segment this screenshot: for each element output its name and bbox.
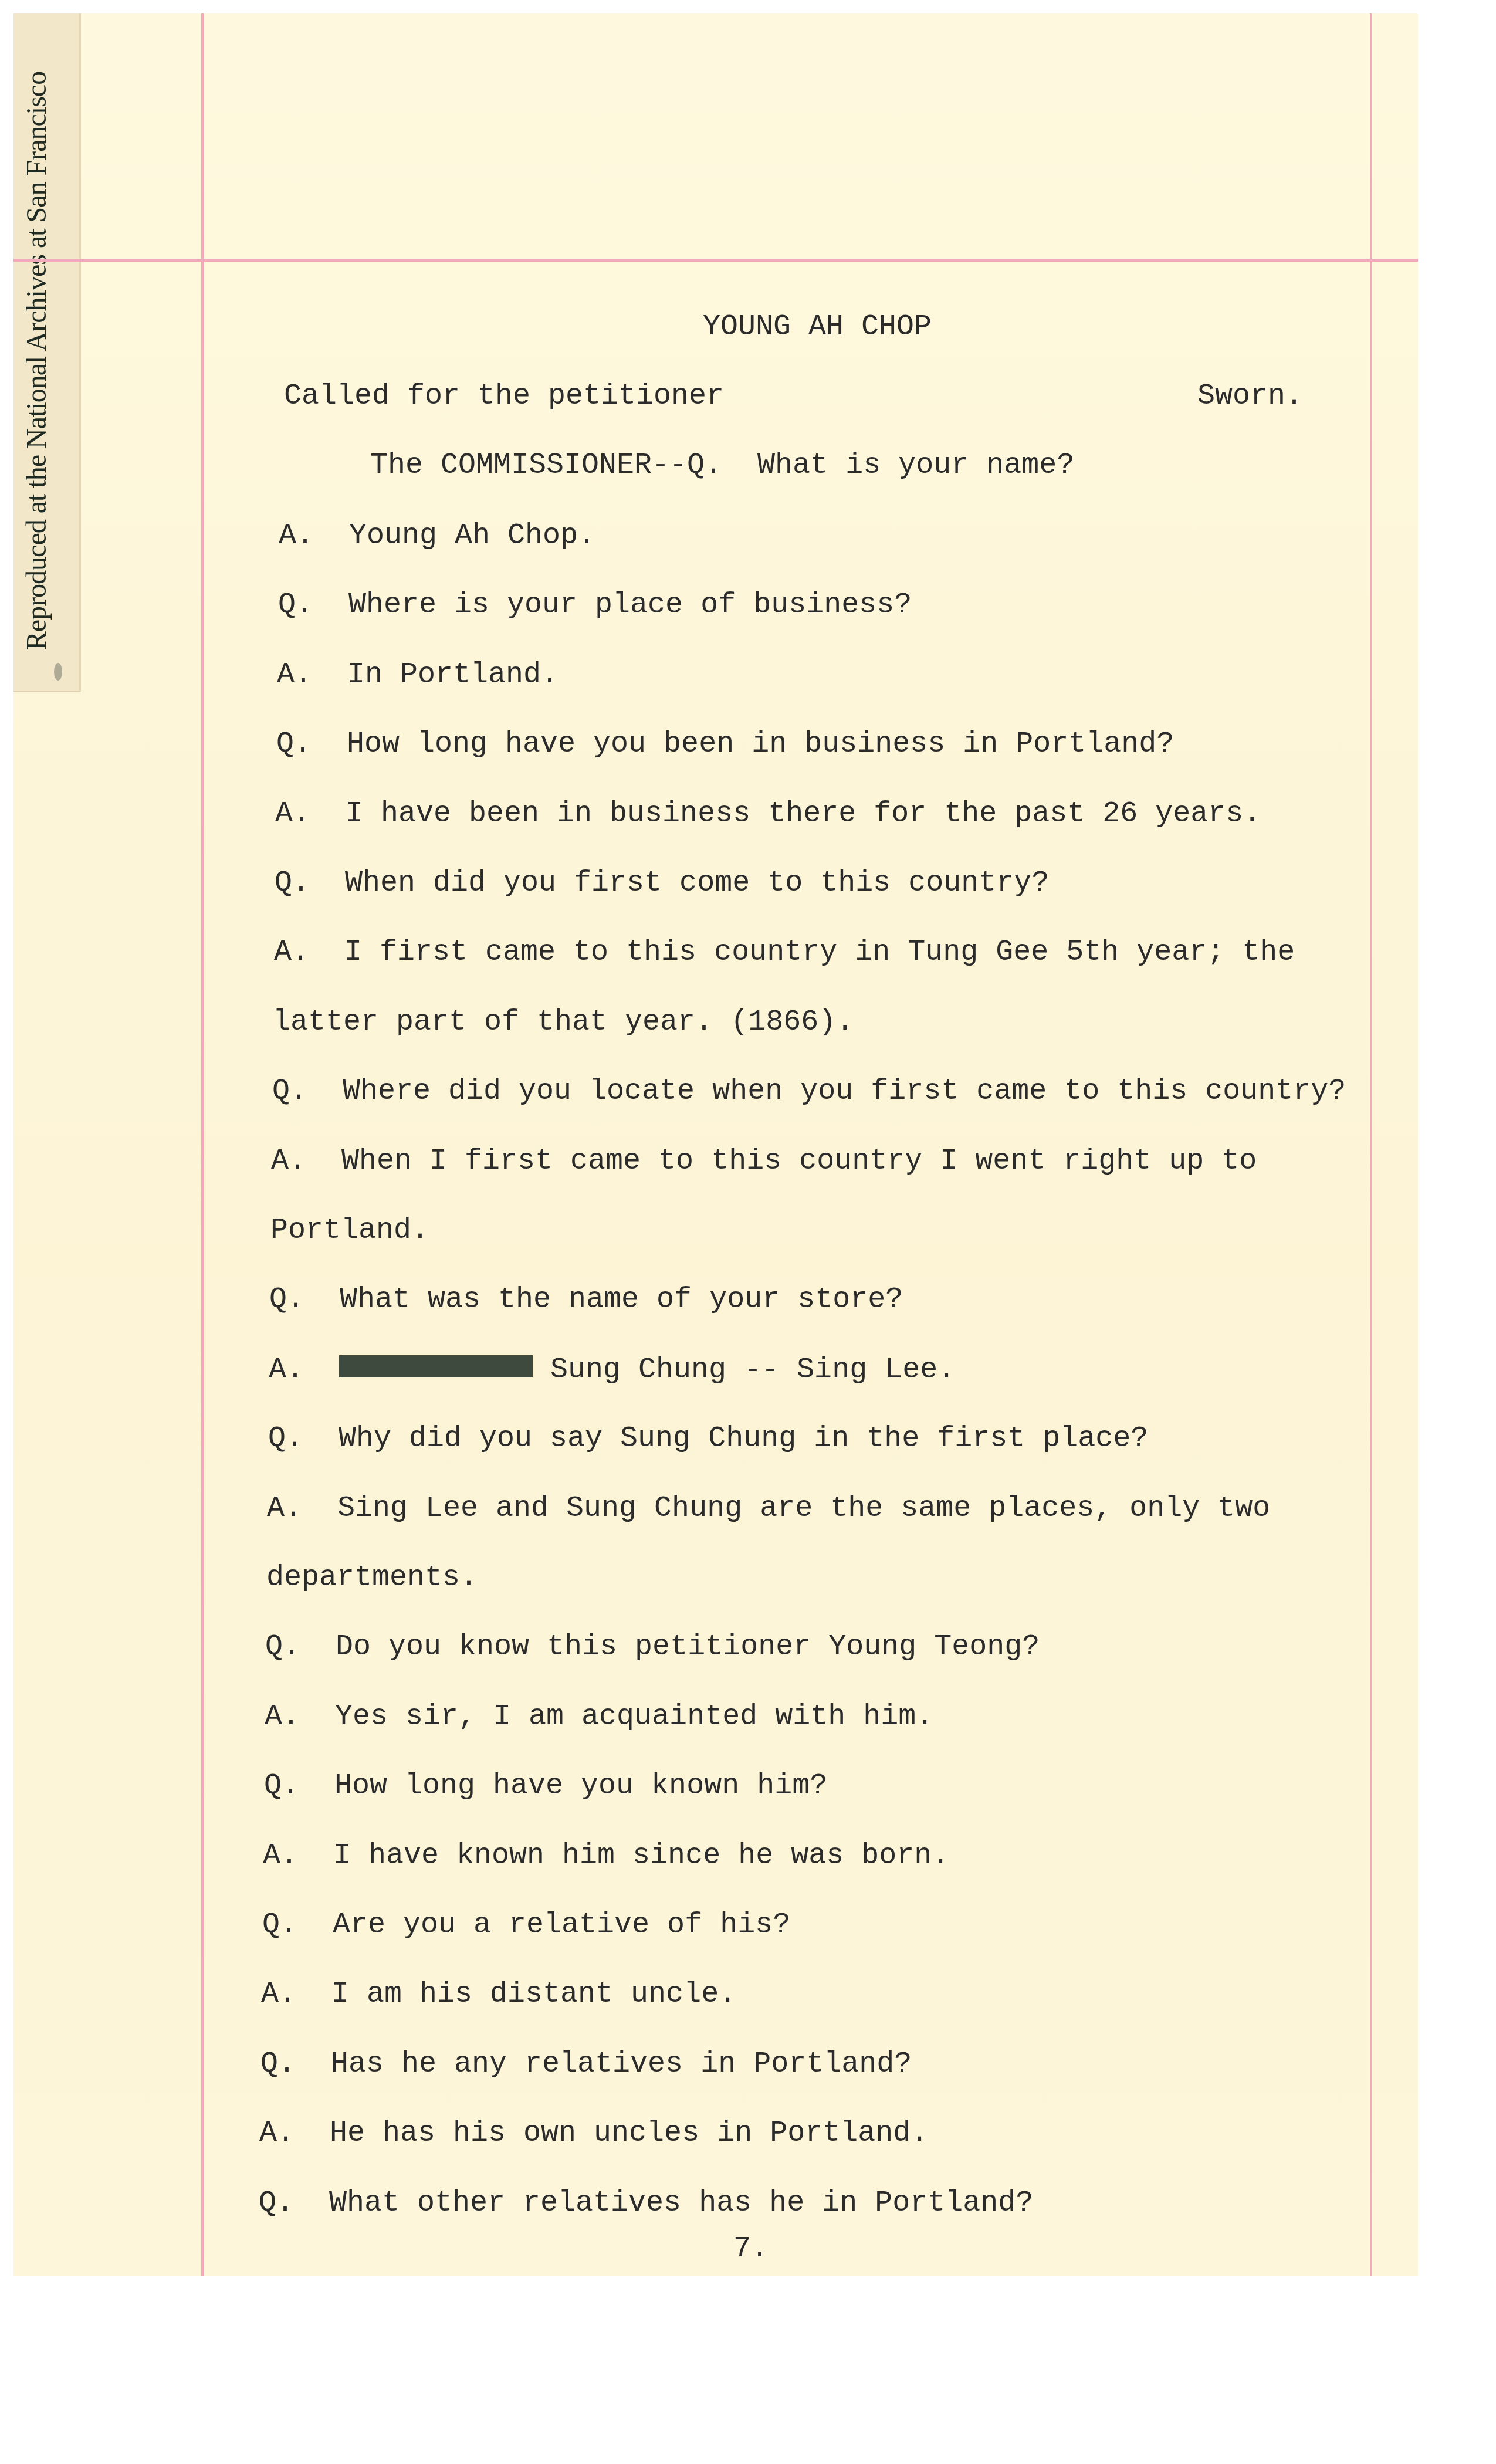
answer-label: A. bbox=[274, 936, 309, 969]
right-margin-rule bbox=[1370, 13, 1372, 2276]
testimony-line: latter part of that year. (1866). bbox=[273, 1008, 854, 1037]
tape-smudge bbox=[54, 663, 62, 681]
question-label: Q. bbox=[272, 1075, 307, 1108]
sworn-label: Sworn. bbox=[1197, 382, 1303, 411]
testimony-line: A. Sing Lee and Sung Chung are the same … bbox=[267, 1494, 1270, 1524]
line-text: latter part of that year. (1866). bbox=[273, 1006, 854, 1039]
question-label: Q. bbox=[259, 2187, 294, 2220]
line-text: Do you know this petitioner Young Teong? bbox=[336, 1630, 1040, 1664]
line-text: departments. bbox=[266, 1561, 478, 1595]
testimony-line: departments. bbox=[266, 1563, 478, 1593]
testimony-line: Q. When did you first come to this count… bbox=[275, 869, 1049, 898]
line-text: I have known him since he was born. bbox=[333, 1839, 949, 1873]
line-text: I first came to this country in Tung Gee… bbox=[344, 936, 1295, 969]
testimony-line: A. Sung Chung -- Sing Lee. bbox=[269, 1355, 955, 1385]
answer-label: A. bbox=[269, 1353, 304, 1387]
page-number: 7. bbox=[733, 2232, 769, 2266]
testimony-line: A. He has his own uncles in Portland. bbox=[259, 2119, 928, 2148]
line-text: I am his distant uncle. bbox=[331, 1978, 736, 2011]
line-text: In Portland. bbox=[347, 658, 559, 692]
line-text: When I first came to this country I went… bbox=[341, 1145, 1257, 1178]
left-margin-rule bbox=[201, 13, 204, 2276]
answer-label: A. bbox=[265, 1700, 300, 1734]
line-text: He has his own uncles in Portland. bbox=[330, 2117, 928, 2150]
line-text: How long have you known him? bbox=[334, 1769, 827, 1803]
question-label: Q. bbox=[262, 1908, 297, 1942]
line-text: Yes sir, I am acquainted with him. bbox=[335, 1700, 933, 1734]
question-label: Q. bbox=[276, 727, 312, 761]
question-label: Q. bbox=[269, 1283, 304, 1316]
testimony-line: A. I am his distant uncle. bbox=[261, 1980, 736, 2009]
testimony-line: Q. Where is your place of business? bbox=[278, 591, 912, 620]
line-text: What other relatives has he in Portland? bbox=[329, 2187, 1033, 2220]
testimony-line: A. When I first came to this country I w… bbox=[271, 1147, 1257, 1176]
question-label: Q. bbox=[278, 588, 313, 622]
testimony-line: Q. How long have you known him? bbox=[264, 1772, 827, 1801]
testimony-line: Q. Why did you say Sung Chung in the fir… bbox=[268, 1424, 1148, 1454]
testimony-line: Q. Has he any relatives in Portland? bbox=[260, 2050, 912, 2079]
answer-label: A. bbox=[259, 2117, 295, 2150]
line-text: Has he any relatives in Portland? bbox=[331, 2047, 912, 2081]
answer-label: A. bbox=[261, 1978, 296, 2011]
answer-label: A. bbox=[263, 1839, 298, 1873]
line-text: Where did you locate when you first came… bbox=[343, 1075, 1346, 1108]
header-rule bbox=[13, 259, 1418, 262]
line-text: Why did you say Sung Chung in the first … bbox=[339, 1422, 1148, 1456]
answer-label: A. bbox=[267, 1492, 302, 1525]
testimony-line: A. Yes sir, I am acquainted with him. bbox=[265, 1703, 933, 1732]
answer-label: A. bbox=[279, 519, 314, 553]
question-label: Q. bbox=[264, 1769, 299, 1803]
line-text: Sung Chung -- Sing Lee. bbox=[550, 1353, 955, 1387]
line-text: How long have you been in business in Po… bbox=[347, 727, 1174, 761]
question-label: Q. bbox=[275, 867, 310, 900]
testimony-line: Q. Do you know this petitioner Young Teo… bbox=[265, 1633, 1040, 1662]
testimony-line: Q. What other relatives has he in Portla… bbox=[259, 2189, 1033, 2218]
commissioner-question: The COMMISSIONER--Q. What is your name? bbox=[370, 451, 1074, 480]
question-label: Q. bbox=[265, 1630, 300, 1664]
testimony-line: Q. What was the name of your store? bbox=[269, 1285, 903, 1315]
archive-stamp: Reproduced at the National Archives at S… bbox=[21, 72, 53, 650]
testimony-line: Q. Are you a relative of his? bbox=[262, 1911, 790, 1940]
called-for-petitioner: Called for the petitioner bbox=[284, 382, 724, 411]
testimony-line: A. I have been in business there for the… bbox=[275, 800, 1261, 829]
answer-label: A. bbox=[275, 797, 310, 831]
testimony-line: Portland. bbox=[270, 1216, 429, 1245]
testimony-line: A. I first came to this country in Tung … bbox=[274, 938, 1295, 967]
answer-label: A. bbox=[277, 658, 312, 692]
question-label: Q. bbox=[260, 2047, 296, 2081]
witness-title: YOUNG AH CHOP bbox=[703, 313, 932, 342]
testimony-line: Q. How long have you been in business in… bbox=[276, 730, 1174, 759]
testimony-line: A. I have known him since he was born. bbox=[263, 1842, 949, 1871]
line-text: Portland. bbox=[270, 1214, 429, 1247]
line-text: Sing Lee and Sung Chung are the same pla… bbox=[337, 1492, 1270, 1525]
testimony-line: A. Young Ah Chop. bbox=[279, 522, 595, 551]
testimony-line: Q. Where did you locate when you first c… bbox=[272, 1077, 1346, 1106]
testimony-line: A. In Portland. bbox=[277, 661, 559, 690]
question-label: Q. bbox=[268, 1422, 303, 1456]
line-text: What was the name of your store? bbox=[340, 1283, 903, 1316]
line-text: Where is your place of business? bbox=[348, 588, 912, 622]
line-text: I have been in business there for the pa… bbox=[346, 797, 1261, 831]
struck-out-text bbox=[339, 1355, 533, 1377]
line-text: Are you a relative of his? bbox=[333, 1908, 790, 1942]
answer-label: A. bbox=[271, 1145, 306, 1178]
line-text: When did you first come to this country? bbox=[345, 867, 1049, 900]
line-text: Young Ah Chop. bbox=[349, 519, 595, 553]
